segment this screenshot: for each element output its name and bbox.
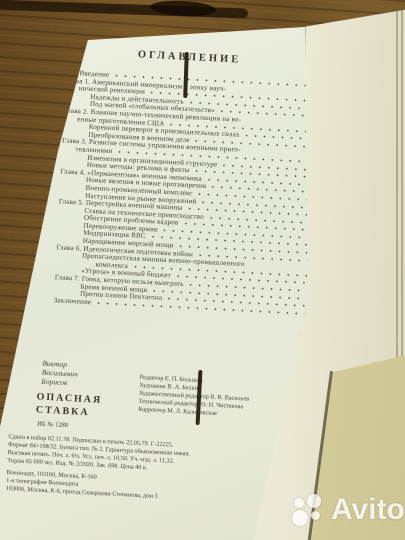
author-name: ВикторВасильевичБорисов	[41, 359, 78, 388]
avito-wordmark: Avito	[331, 493, 405, 527]
avito-watermark: Avito	[292, 490, 405, 530]
toc-entry-text: Заключение	[53, 297, 91, 307]
avito-logo-icon	[292, 490, 328, 530]
ib-number: ИБ № 1288	[37, 420, 68, 429]
book-photo: ОГЛАВЛЕНИЕ Введение Глава 1. Американски…	[0, 0, 405, 540]
page-title: ОГЛАВЛЕНИЕ	[58, 45, 320, 70]
imprint-list: Сдано в набор 02.11.78. Подписано в печа…	[6, 433, 304, 508]
toc-list: Введение Глава 1. Американский империали…	[45, 69, 319, 318]
book-title: ОПАСНАЯСТАВКА	[36, 390, 103, 419]
